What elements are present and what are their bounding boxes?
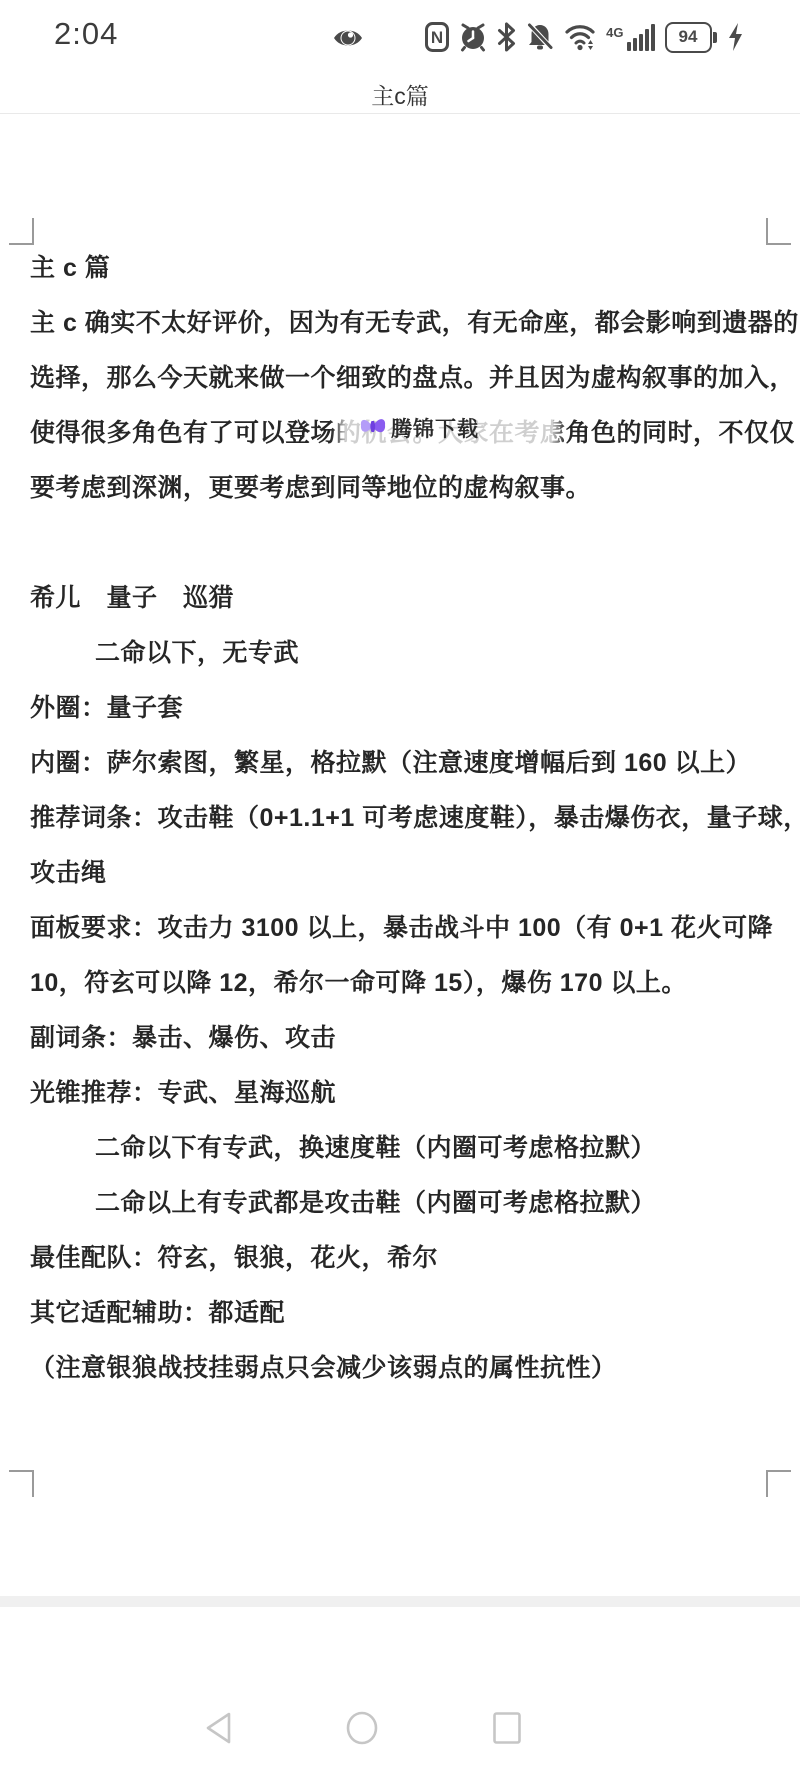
status-icon-cluster: N <box>425 20 744 54</box>
document-line: 内圈：萨尔索图，繁星，格拉默（注意速度增幅后到 160 以上） <box>30 736 792 791</box>
document-line: 主 c 确实不太好评价，因为有无专武，有无命座，都会影响到遗器的 <box>30 296 792 351</box>
title-bar: 主c篇 <box>0 70 800 114</box>
document-line: 二命以下，无专武 <box>30 626 792 681</box>
alarm-icon <box>459 22 487 52</box>
document-line: 其它适配辅助：都适配 <box>30 1286 792 1341</box>
page-corner-bottom-right <box>766 1470 791 1497</box>
android-nav-bar <box>0 1660 800 1770</box>
nfc-icon: N <box>425 22 449 52</box>
document-line: 面板要求：攻击力 3100 以上，暴击战斗中 100（有 0+1 花火可降 <box>30 901 792 956</box>
document-title: 主c篇 <box>0 78 800 111</box>
document-line <box>30 516 792 571</box>
document-line: 光锥推荐：专武、星海巡航 <box>30 1066 792 1121</box>
status-bar: 2:04 N <box>0 0 800 70</box>
notification-muted-icon <box>526 22 554 52</box>
document-line: 选择，那么今天就来做一个细致的盘点。并且因为虚构叙事的加入， <box>30 351 792 406</box>
battery-icon: 94 <box>665 22 718 53</box>
document-line: 二命以下有专武，换速度鞋（内圈可考虑格拉默） <box>30 1121 792 1176</box>
page-gap-strip <box>0 1596 800 1607</box>
document-line: 要考虑到深渊，更要考虑到同等地位的虚构叙事。 <box>30 461 792 516</box>
page-corner-bottom-left <box>9 1470 34 1497</box>
document-line: （注意银狼战技挂弱点只会减少该弱点的属性抗性） <box>30 1341 792 1396</box>
document-line: 推荐词条：攻击鞋（0+1.1+1 可考虑速度鞋），暴击爆伤衣，量子球， <box>30 791 792 846</box>
watermark: 腾锦下载 <box>345 405 553 451</box>
svg-text:N: N <box>431 28 443 47</box>
document-line: 希儿 量子 巡猎 <box>30 571 792 626</box>
document-line: 副词条：暴击、爆伤、攻击 <box>30 1011 792 1066</box>
document-line: 攻击绳 <box>30 846 792 901</box>
document-line: 10，符玄可以降 12，希尔一命可降 15），爆伤 170 以上。 <box>30 956 792 1011</box>
clock-time: 2:04 <box>54 16 118 52</box>
watermark-butterfly-icon <box>359 412 387 445</box>
watermark-text: 腾锦下载 <box>391 413 479 443</box>
eye-protection-icon <box>331 23 365 53</box>
wifi-icon <box>564 22 596 52</box>
nav-home-icon[interactable] <box>345 1711 379 1750</box>
charging-bolt-icon <box>727 22 744 52</box>
title-divider <box>0 113 800 114</box>
document-line: 主 c 篇 <box>30 241 792 296</box>
bluetooth-icon <box>497 22 516 52</box>
nav-recents-icon[interactable] <box>492 1712 522 1749</box>
signal-4g-icon: 4G <box>606 24 654 51</box>
document-line: 外圈：量子套 <box>30 681 792 736</box>
nav-back-icon[interactable] <box>203 1711 233 1750</box>
document-line: 最佳配队：符玄，银狼，花火，希尔 <box>30 1231 792 1286</box>
document-line: 二命以上有专武都是攻击鞋（内圈可考虑格拉默） <box>30 1176 792 1231</box>
